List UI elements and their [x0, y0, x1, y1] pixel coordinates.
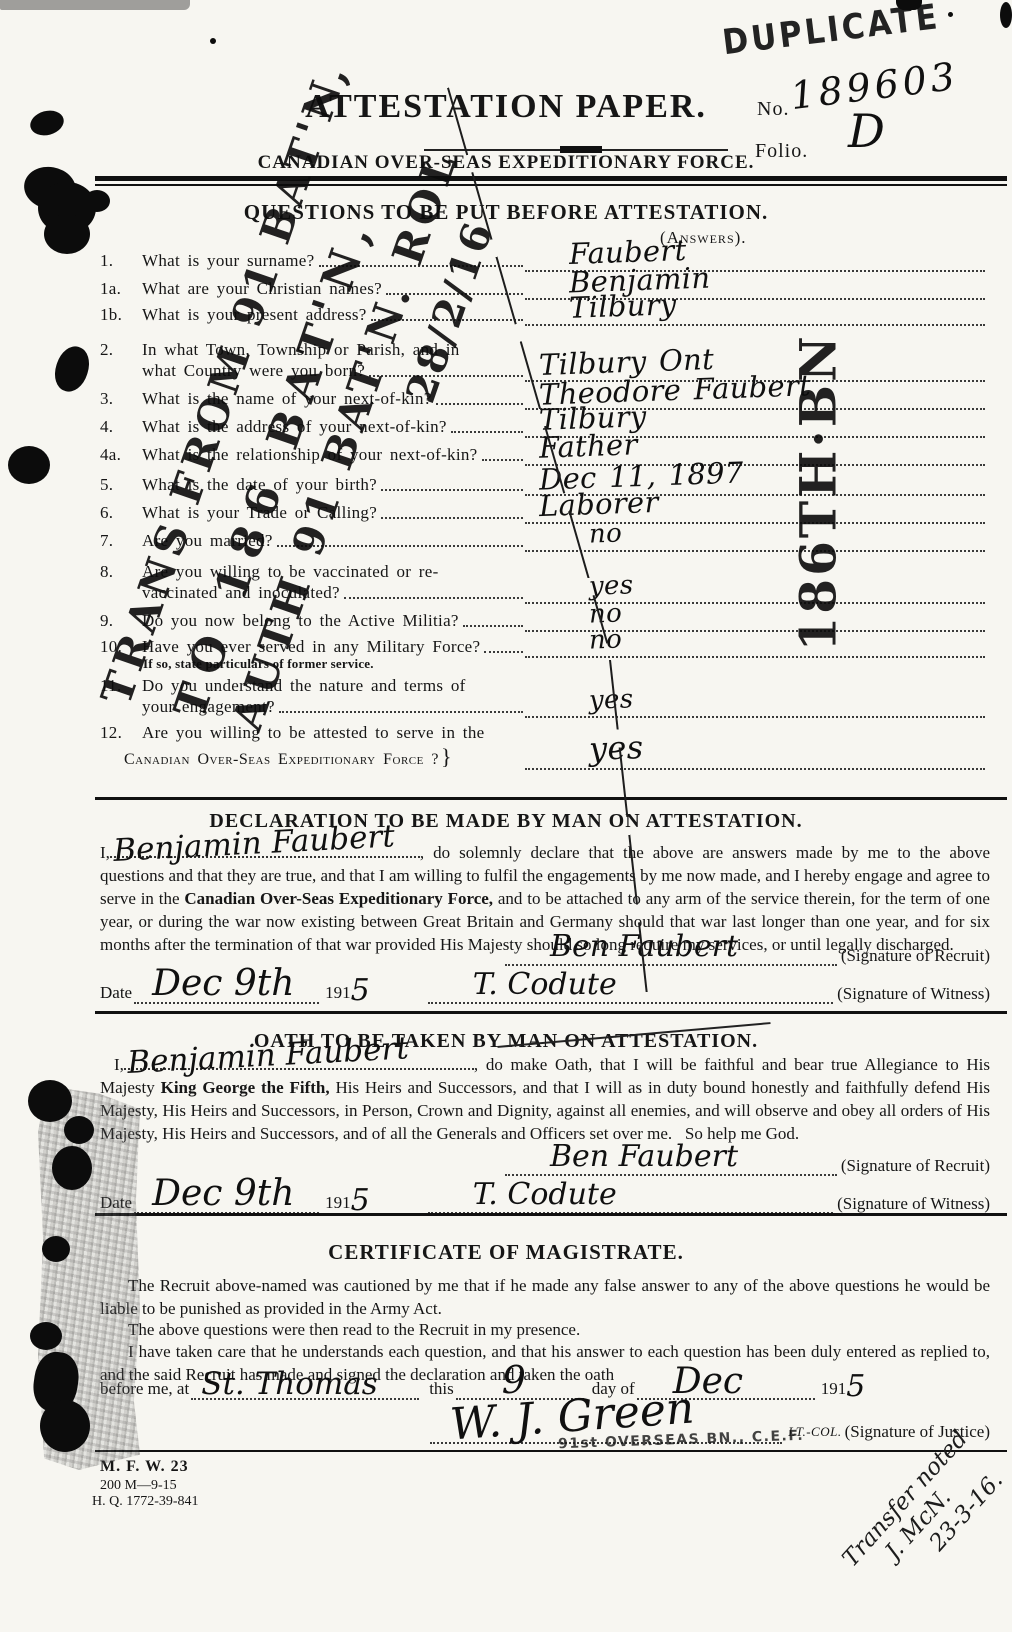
year-prefix: 191 [319, 1193, 351, 1214]
question-number: 7. [100, 531, 142, 552]
ink-blob [52, 1146, 92, 1190]
leader-dots [436, 403, 523, 405]
attestation-paper: DUPLICATE ATTESTATION PAPER. No. 189603 … [0, 0, 1012, 1632]
question-number: 1b. [100, 305, 142, 326]
folio-value: D [848, 104, 885, 158]
signature-line: Ben Faubert [505, 928, 837, 966]
subtitle: CANADIAN OVER-SEAS EXPEDITIONARY FORCE. [0, 152, 1012, 174]
bottom-rule [95, 1450, 1007, 1452]
declaration-text-bold: Canadian Over-Seas Expeditionary Force, [184, 889, 493, 908]
leader-dots [451, 431, 523, 433]
date-line: Dec 9th [134, 962, 319, 1004]
question-12-brace: } [439, 744, 454, 770]
declaration-name-line: Benjamin Faubert [110, 836, 420, 858]
ink-blob [30, 1322, 62, 1350]
witness-signature-line: T. Codute [428, 966, 833, 1004]
top-edge-smudge [0, 0, 190, 10]
question-number: 5. [100, 475, 142, 496]
answer-value: yes [588, 728, 644, 768]
double-rule-thick [95, 176, 1007, 181]
answer-value: Laborer [538, 485, 659, 523]
answer-line: no [525, 626, 985, 658]
year-handwritten: 5 [351, 973, 370, 1008]
witness-signature-handwritten: T. Codute [473, 967, 617, 1002]
date-handwritten: Dec 9th [152, 1173, 294, 1214]
year-prefix: 191 [319, 983, 351, 1004]
answer-line: no [525, 520, 985, 552]
question-number: 1. [100, 251, 142, 272]
oath-paragraph: I,Benjamin Faubert, do make Oath, that I… [100, 1048, 990, 1145]
date-line: Dec 9th [134, 1172, 319, 1214]
oath-name-handwritten: Benjamin Faubert [127, 1037, 409, 1075]
declaration-heading: DECLARATION TO BE MADE BY MAN ON ATTESTA… [0, 810, 1012, 833]
leader-dots [344, 597, 523, 599]
oath-text-bold: King George the Fifth, [161, 1078, 330, 1097]
ink-blob [40, 1400, 90, 1452]
oath-recruit-signature-row: Ben Faubert (Signature of Recruit) [505, 1138, 990, 1176]
question-number: 6. [100, 503, 142, 524]
ink-blob [42, 1236, 70, 1262]
witness-signature-handwritten: T. Codute [473, 1177, 617, 1212]
footer-print-code: 200 M—9-15 [100, 1478, 177, 1494]
answer-value: Tilbury [568, 287, 677, 325]
ink-blob [28, 1080, 72, 1122]
no-label: No. [757, 98, 789, 121]
leader-dots [381, 517, 523, 519]
oath-date-witness-row: Date Dec 9th 191 5 T. Codute (Signature … [100, 1172, 990, 1214]
ink-blob [50, 342, 95, 396]
footer-hq-code: H. Q. 1772-39-841 [92, 1494, 199, 1510]
battalion-stamp-186: 186TH·BN [789, 352, 848, 652]
question-number: 4a. [100, 445, 142, 466]
ink-blob [84, 190, 110, 212]
ink-blob [8, 446, 50, 484]
ink-speck [948, 12, 953, 17]
place-handwritten: St. Thomas [201, 1366, 378, 1402]
leader-dots [482, 459, 523, 461]
leader-dots [484, 651, 523, 653]
ink-blob [896, 0, 922, 10]
section-rule-oath [95, 1011, 1007, 1014]
declaration-recruit-signature-row: Ben Faubert (Signature of Recruit) [505, 928, 990, 966]
ink-speck [210, 38, 216, 44]
certificate-paragraph-2: The above questions were then read to th… [100, 1318, 990, 1341]
place-line: St. Thomas [191, 1364, 419, 1400]
section-rule-declaration [95, 797, 1007, 800]
certificate-paragraph-1: The Recruit above-named was cautioned by… [100, 1274, 990, 1320]
leader-dots [381, 489, 523, 491]
declaration-date-witness-row: Date Dec 9th 191 5 T. Codute (Signature … [100, 962, 990, 1004]
oath-intro: I, [100, 1055, 124, 1074]
ink-blob [44, 214, 90, 254]
date-label: Date [100, 983, 134, 1004]
ink-blob [64, 1116, 94, 1144]
witness-signature-line: T. Codute [428, 1176, 833, 1214]
questions-heading: QUESTIONS TO BE PUT BEFORE ATTESTATION. [0, 200, 1012, 225]
answer-value: no [588, 518, 622, 549]
declaration-name-handwritten: Benjamin Faubert [113, 825, 395, 863]
witness-signature-caption: (Signature of Witness) [833, 1194, 990, 1214]
leader-dots [463, 625, 523, 627]
recruit-signature-handwritten: Ben Faubert [550, 1139, 738, 1174]
ink-blob [1000, 2, 1012, 28]
section-rule-certificate [95, 1213, 1007, 1216]
oath-name-line: Benjamin Faubert [124, 1048, 474, 1070]
question-number: 3. [100, 389, 142, 410]
certificate-heading: CERTIFICATE OF MAGISTRATE. [0, 1240, 1012, 1265]
date-handwritten: Dec 9th [152, 963, 294, 1004]
declaration-intro: I, [100, 843, 110, 862]
answer-line: yes [525, 738, 985, 770]
question-number: 12. [100, 723, 142, 744]
answer-line: Tilbury [525, 294, 985, 326]
question-number: 4. [100, 417, 142, 438]
question-number: 2. [100, 340, 142, 361]
witness-signature-caption: (Signature of Witness) [833, 984, 990, 1004]
signature-line: Ben Faubert [505, 1138, 837, 1176]
double-rule-thin [95, 184, 1007, 186]
